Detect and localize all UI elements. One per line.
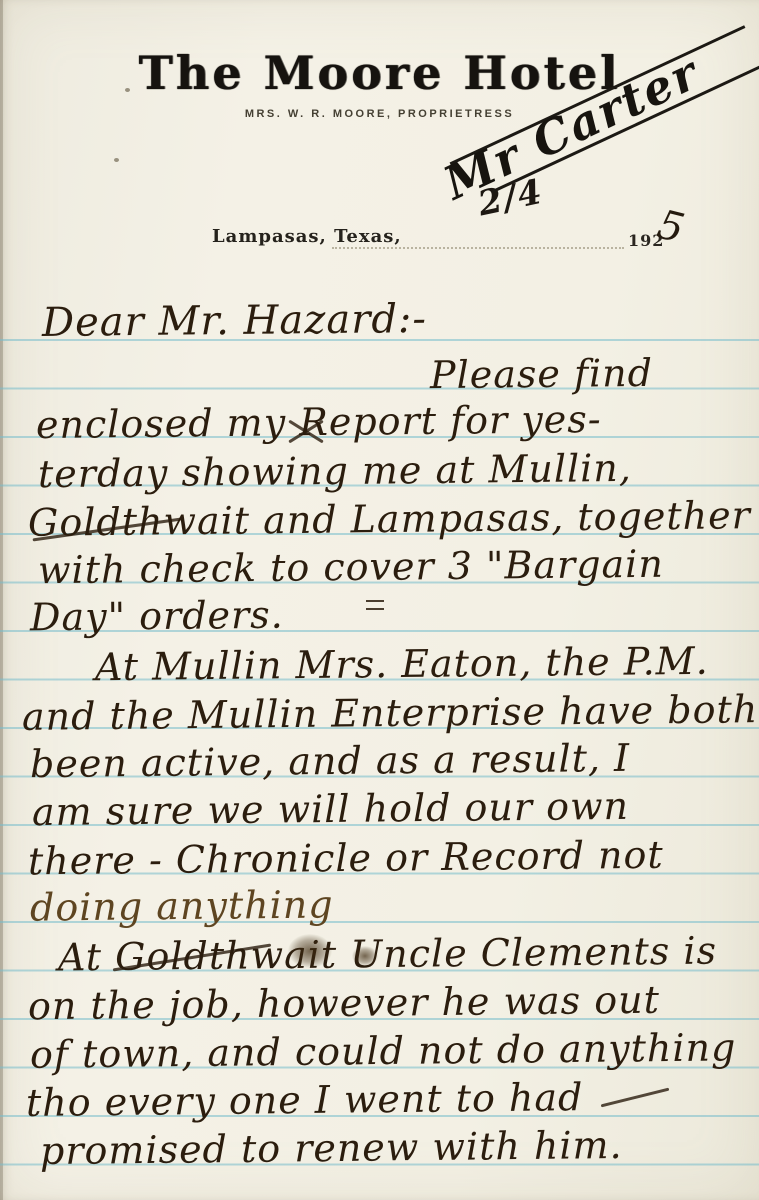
handwritten-line: tho every one I went to had <box>26 1075 584 1125</box>
handwritten-line: and the Mullin Enterprise have both <box>22 687 759 739</box>
handwritten-line: been active, and as a result, I <box>30 736 630 786</box>
ink-speck <box>114 158 119 162</box>
handwritten-line: At Goldthwait Uncle Clements is <box>58 929 717 980</box>
double-underline-3 <box>366 600 384 610</box>
handwritten-line: terday showing me at Mullin, <box>38 446 632 496</box>
ink-blob <box>288 934 332 968</box>
handwritten-line: there - Chronicle or Record not <box>28 833 664 884</box>
salutation: Dear Mr. Hazard:- <box>42 296 427 346</box>
year-digit-handwritten: 5 <box>653 202 689 253</box>
handwritten-line: Goldthwait and Lampasas, together <box>28 493 751 545</box>
handwritten-line: Please find <box>430 351 653 397</box>
handwritten-line: of town, and could not do anything <box>30 1025 737 1076</box>
ink-speck <box>125 88 130 92</box>
handwritten-line: doing anything <box>30 882 334 929</box>
scanned-letter-page: The Moore Hotel MRS. W. R. MOORE, PROPRI… <box>0 0 759 1200</box>
handwritten-line: promised to renew with him. <box>40 1123 623 1173</box>
ink-blob <box>352 946 378 966</box>
handwritten-line: on the job, however he was out <box>28 978 660 1029</box>
handwritten-line: At Mullin Mrs. Eaton, the P.M. <box>95 639 709 689</box>
handwritten-line: with check to cover 3 "Bargain <box>38 542 664 593</box>
handwritten-line: Day" orders. <box>30 593 284 640</box>
date-rule <box>332 247 624 249</box>
handwritten-line: am sure we will hold our own <box>32 784 629 834</box>
place-label: Lampasas, Texas, <box>212 226 402 247</box>
